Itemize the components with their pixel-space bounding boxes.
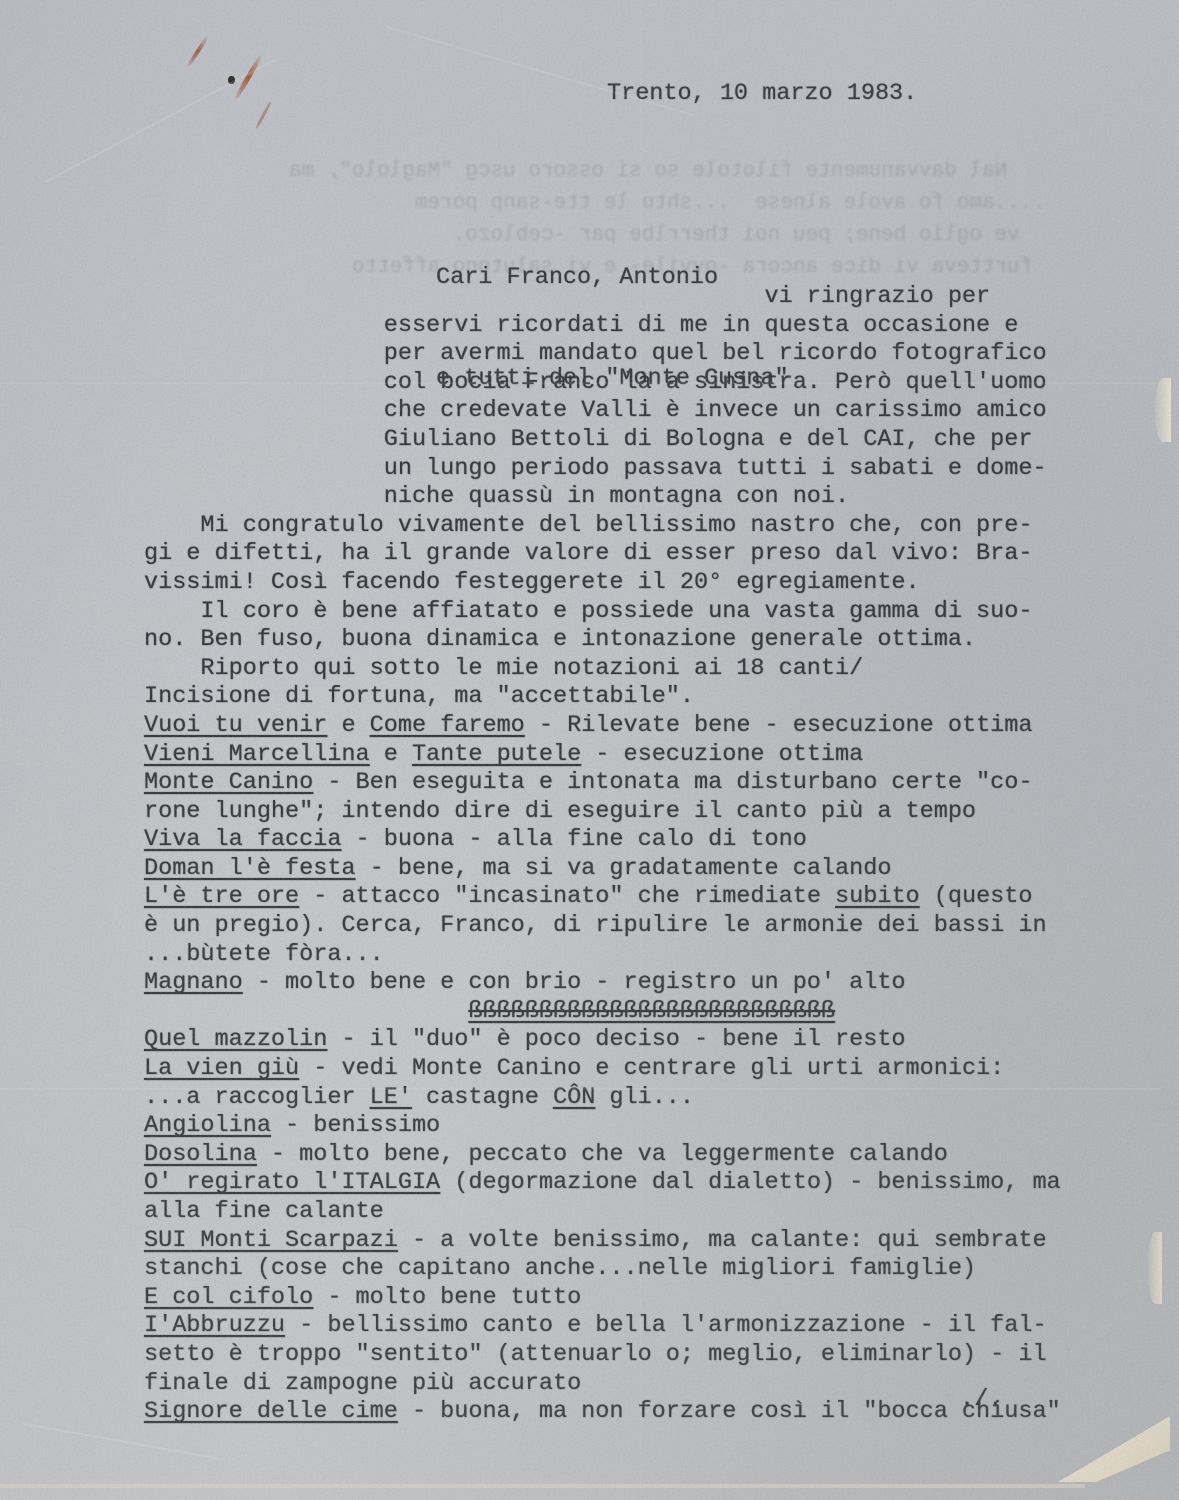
song-title: Come faremo [370,712,525,739]
letter-line: esservi ricordati di me in questa occasi… [144,312,1061,341]
letter-line: Vuoi tu venir e Come faremo - Rilevate b… [144,712,1061,741]
letter-line: rone lunghe"; intendo dire di eseguire i… [144,798,1061,827]
ink-dot [228,76,235,84]
letter-line: gi e difetti, ha il grande valore di ess… [144,540,1061,569]
ghost-line: Nal davvanumente filotole so si ossoro u… [140,156,1045,188]
paper-edge-curl [1155,378,1171,442]
letter-text: vissimi! Così facendo festeggerete il 20… [144,569,920,596]
song-title: SUI Monti Scarpazi [144,1227,398,1254]
letter-line: E col cifolo - molto bene tutto [144,1284,1061,1313]
song-title: subito [835,883,920,910]
song-title: Quel mazzolin [144,1026,327,1053]
letter-text: un lungo periodo passava tutti i sabati … [144,455,1047,482]
letter-text: gli... [595,1084,694,1111]
letter-line: per avermi mandato quel bel ricordo foto… [144,340,1061,369]
letter-line: Riporto qui sotto le mie notazioni ai 18… [144,655,1061,684]
letter-text: Incisione di fortuna, ma "accettabile". [144,683,694,710]
letter-text: - molto bene e con brio - registro un po… [243,969,906,996]
letter-text: Riporto qui sotto le mie notazioni ai 18… [144,655,863,682]
letter-line: Angiolina - benissimo [144,1112,1061,1141]
letter-line: Mi congratulo vivamente del bellissimo n… [144,512,1061,541]
letter-text: Mi congratulo vivamente del bellissimo n… [144,512,1032,539]
letter-line: setto è troppo "sentito" (attenuarlo o; … [144,1341,1061,1370]
letter-text: (degormazione dal dialetto) - benissimo,… [440,1169,1061,1196]
paper: Nal davvanumente filotole so si ossoro u… [0,0,1179,1500]
letter-text: Giuliano Bettoli di Bologna e del CAI, c… [144,426,1032,453]
letter-line: ...bùtete fòra... [144,941,1061,970]
song-title: L'è tre ore [144,883,299,910]
letter-line: I'Abbruzzu - bellissimo canto e bella l'… [144,1312,1061,1341]
song-title: Vieni Marcellina [144,741,370,768]
letter-line: Monte Canino - Ben eseguita e intonata m… [144,769,1061,798]
letter-text: vi ringrazio per [144,283,990,310]
paper-edge-curl [1148,1232,1162,1304]
letter-text: che credevate Valli è invece un carissim… [144,397,1047,424]
letter-text [144,998,468,1025]
letter-line: è un pregio). Cerca, Franco, di ripulire… [144,912,1061,941]
letter-line: alla fine calante [144,1198,1061,1227]
letter-text: - Ben eseguita e intonata ma disturbano … [313,769,1032,796]
letter-text: niche quassù in montagna con noi. [144,483,849,510]
song-title: Doman l'è festa [144,855,356,882]
letter-line: SUI Monti Scarpazi - a volte benissimo, … [144,1227,1061,1256]
letter-line: Vieni Marcellina e Tante putele - esecuz… [144,741,1061,770]
letter-text: - bellissimo canto e bella l'armonizzazi… [285,1312,1047,1339]
crease-line [21,1423,218,1460]
letter-text: - esecuzione ottima [581,741,863,768]
letter-line: un lungo periodo passava tutti i sabati … [144,455,1061,484]
letter-text: setto è troppo "sentito" (attenuarlo o; … [144,1341,1047,1368]
letter-line: no. Ben fuso, buona dinamica e intonazio… [144,626,1061,655]
letter-line: vissimi! Così facendo festeggerete il 20… [144,569,1061,598]
letter-text: ...bùtete fòra... [144,941,384,968]
end-of-page-mark: ./. [960,1386,1002,1413]
letter-text: alla fine calante [144,1198,384,1225]
scanned-letter-page: { "colors":{ "paper":"#bcbec3", "ink":"#… [0,0,1179,1500]
song-title: O' regirato l'ITALGIA [144,1169,440,1196]
letter-text: col bocia Franco là a sinistra. Però que… [144,369,1047,396]
letter-text: no. Ben fuso, buona dinamica e intonazio… [144,626,976,653]
song-title: Monte Canino [144,769,313,796]
rust-stain [186,34,210,68]
letter-text: (questo [920,883,1033,910]
song-title: Magnano [144,969,243,996]
rust-stain [234,54,263,100]
letter-line: Quel mazzolin - il "duo" è poco deciso -… [144,1026,1061,1055]
letter-text: - buona - alla fine calo di tono [341,826,806,853]
letter-text: - attacco "incasinato" che rimediate [299,883,835,910]
corner-fold [1058,1416,1170,1482]
crease-line [45,59,276,183]
struck-out-text: ßßßßßßßßßßßßßßßßßßßßßßßßßß [468,998,835,1025]
letter-text: - il "duo" è poco deciso - bene il resto [327,1026,905,1053]
bottom-edge-highlight [0,1484,1085,1488]
letter-text: e [327,712,369,739]
letter-line: Viva la faccia - buona - alla fine calo … [144,826,1061,855]
song-title: Dosolina [144,1141,257,1168]
letter-line: Il coro è bene affiatato e possiede una … [144,598,1061,627]
letter-text: è un pregio). Cerca, Franco, di ripulire… [144,912,1047,939]
letter-text: - molto bene, peccato che va leggermente… [257,1141,948,1168]
letter-text: stanchi (cose che capitano anche...nelle… [144,1255,976,1282]
song-title: E col cifolo [144,1284,313,1311]
song-title: Vuoi tu venir [144,712,327,739]
song-title: Tante putele [412,741,581,768]
letter-text: - vedi Monte Canino e centrare gli urti … [299,1055,1004,1082]
letter-text: - a volte benissimo, ma calante: qui sem… [398,1227,1047,1254]
letter-line: stanchi (cose che capitano anche...nelle… [144,1255,1061,1284]
letter-text: ...a raccoglier [144,1084,370,1111]
letter-body: vi ringrazio per esservi ricordati di me… [144,283,1061,1427]
letter-line: ßßßßßßßßßßßßßßßßßßßßßßßßßß [144,998,1061,1027]
letter-text: finale di zampogne più accurato [144,1370,581,1397]
letter-text: gi e difetti, ha il grande valore di ess… [144,540,1032,567]
letter-line: che credevate Valli è invece un carissim… [144,397,1061,426]
song-title: Viva la faccia [144,826,341,853]
letter-line: Magnano - molto bene e con brio - regist… [144,969,1061,998]
letter-line: col bocia Franco là a sinistra. Però que… [144,369,1061,398]
letter-text: castagne [412,1084,553,1111]
letter-text: - molto bene tutto [313,1284,581,1311]
letter-text: per avermi mandato quel bel ricordo foto… [144,340,1047,367]
song-title: Signore delle cime [144,1398,398,1425]
rust-stain [255,101,272,129]
letter-text: - Rilevate bene - esecuzione ottima [525,712,1033,739]
letter-line: Doman l'è festa - bene, ma si va gradata… [144,855,1061,884]
song-title: La vien giù [144,1055,299,1082]
letter-line: O' regirato l'ITALGIA (degormazione dal … [144,1169,1061,1198]
letter-line: Dosolina - molto bene, peccato che va le… [144,1141,1061,1170]
letter-text: e [370,741,412,768]
letter-text: esservi ricordati di me in questa occasi… [144,312,1018,339]
letter-date: Trento, 10 marzo 1983. [607,80,917,107]
letter-line: Giuliano Bettoli di Bologna e del CAI, c… [144,426,1061,455]
song-title: LE' [370,1084,412,1111]
letter-line: finale di zampogne più accurato [144,1370,1061,1399]
letter-line: Incisione di fortuna, ma "accettabile". [144,683,1061,712]
letter-text: Il coro è bene affiatato e possiede una … [144,598,1032,625]
letter-line: niche quassù in montagna con noi. [144,483,1061,512]
letter-line: ...a raccoglier LE' castagne CÔN gli... [144,1084,1061,1113]
song-title: I'Abbruzzu [144,1312,285,1339]
letter-text: - bene, ma si va gradatamente calando [356,855,892,882]
letter-line: La vien giù - vedi Monte Canino e centra… [144,1055,1061,1084]
letter-line: vi ringrazio per [144,283,1061,312]
song-title: CÔN [553,1084,595,1111]
song-title: Angiolina [144,1112,271,1139]
letter-text: rone lunghe"; intendo dire di eseguire i… [144,798,976,825]
letter-line: Signore delle cime - buona, ma non forza… [144,1398,1061,1427]
letter-line: L'è tre ore - attacco "incasinato" che r… [144,883,1061,912]
letter-text: - benissimo [271,1112,440,1139]
